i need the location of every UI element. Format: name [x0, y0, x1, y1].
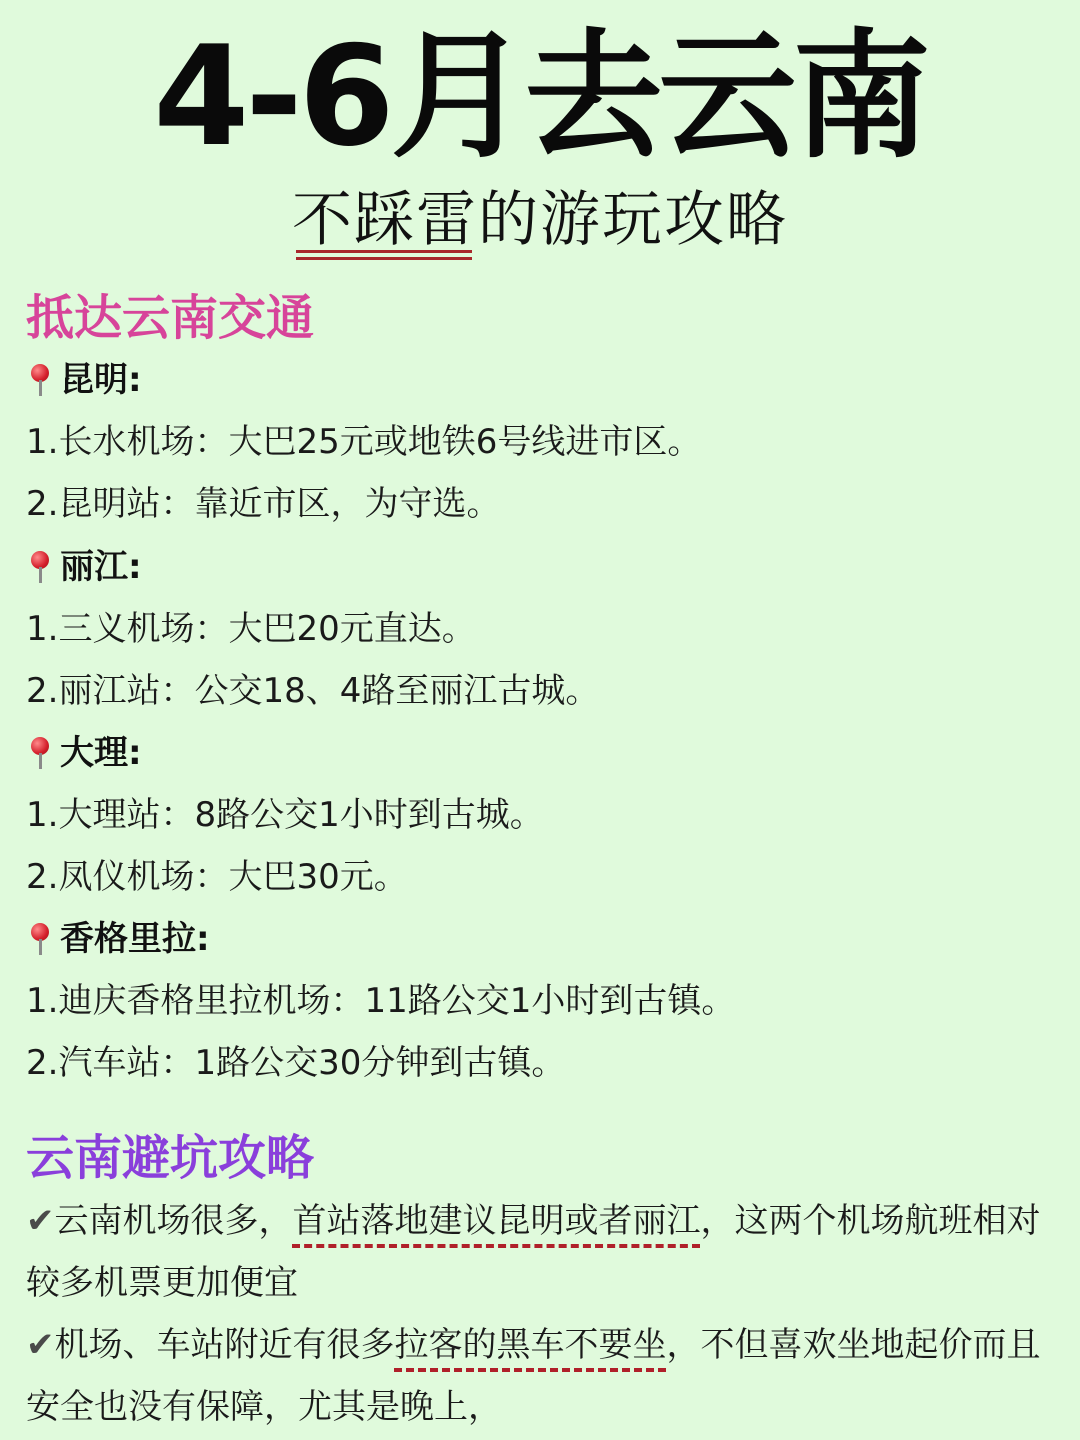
list-item: 1.迪庆香格里拉机场：11路公交1小时到古镇。 [26, 979, 735, 1023]
list-item: 2.丽江站：公交18、4路至丽江古城。 [26, 669, 599, 713]
city-heading-kunming: 昆明: [26, 358, 142, 402]
section-title-tips: 云南避坑攻略 [26, 1128, 314, 1188]
city-name: 丽江: [60, 545, 142, 589]
city-heading-shangrila: 香格里拉: [26, 917, 210, 961]
page-title: 4-6月去云南 [0, 22, 1080, 172]
checkmark-icon: ✔ [26, 1201, 55, 1241]
tip-highlight: 拉客的黑车不要坐 [395, 1325, 667, 1365]
subtitle-double-underline [296, 250, 472, 262]
list-item: 1.长水机场：大巴25元或地铁6号线进市区。 [26, 420, 701, 464]
page-subtitle: 不踩雷的游玩攻略 [0, 182, 1080, 258]
section-title-transport: 抵达云南交通 [26, 288, 314, 348]
tip-highlight: 首站落地建议昆明或者丽江 [293, 1201, 701, 1241]
city-name: 香格里拉: [60, 917, 210, 961]
tip-item: ✔云南机场很多，首站落地建议昆明或者丽江，这两个机场航班相对较多机票更加便宜 [26, 1190, 1066, 1314]
city-name: 大理: [60, 731, 142, 775]
pushpin-icon [26, 360, 56, 400]
list-item: 2.昆明站：靠近市区，为守选。 [26, 482, 500, 526]
list-item: 1.三义机场：大巴20元直达。 [26, 607, 476, 651]
tip-text: 机场、车站附近有很多 [55, 1325, 395, 1365]
city-heading-dali: 大理: [26, 731, 142, 775]
tip-item: ✔机场、车站附近有很多拉客的黑车不要坐，不但喜欢坐地起价而且安全也没有保障，尤其… [26, 1314, 1066, 1438]
pushpin-icon [26, 547, 56, 587]
list-item: 2.汽车站：1路公交30分钟到古镇。 [26, 1041, 565, 1085]
pushpin-icon [26, 919, 56, 959]
checkmark-icon: ✔ [26, 1325, 55, 1365]
city-heading-lijiang: 丽江: [26, 545, 142, 589]
list-item: 1.大理站：8路公交1小时到古城。 [26, 793, 544, 837]
tip-text: 云南机场很多， [55, 1201, 293, 1241]
pushpin-icon [26, 733, 56, 773]
list-item: 2.凤仪机场：大巴30元。 [26, 855, 408, 899]
city-name: 昆明: [60, 358, 142, 402]
